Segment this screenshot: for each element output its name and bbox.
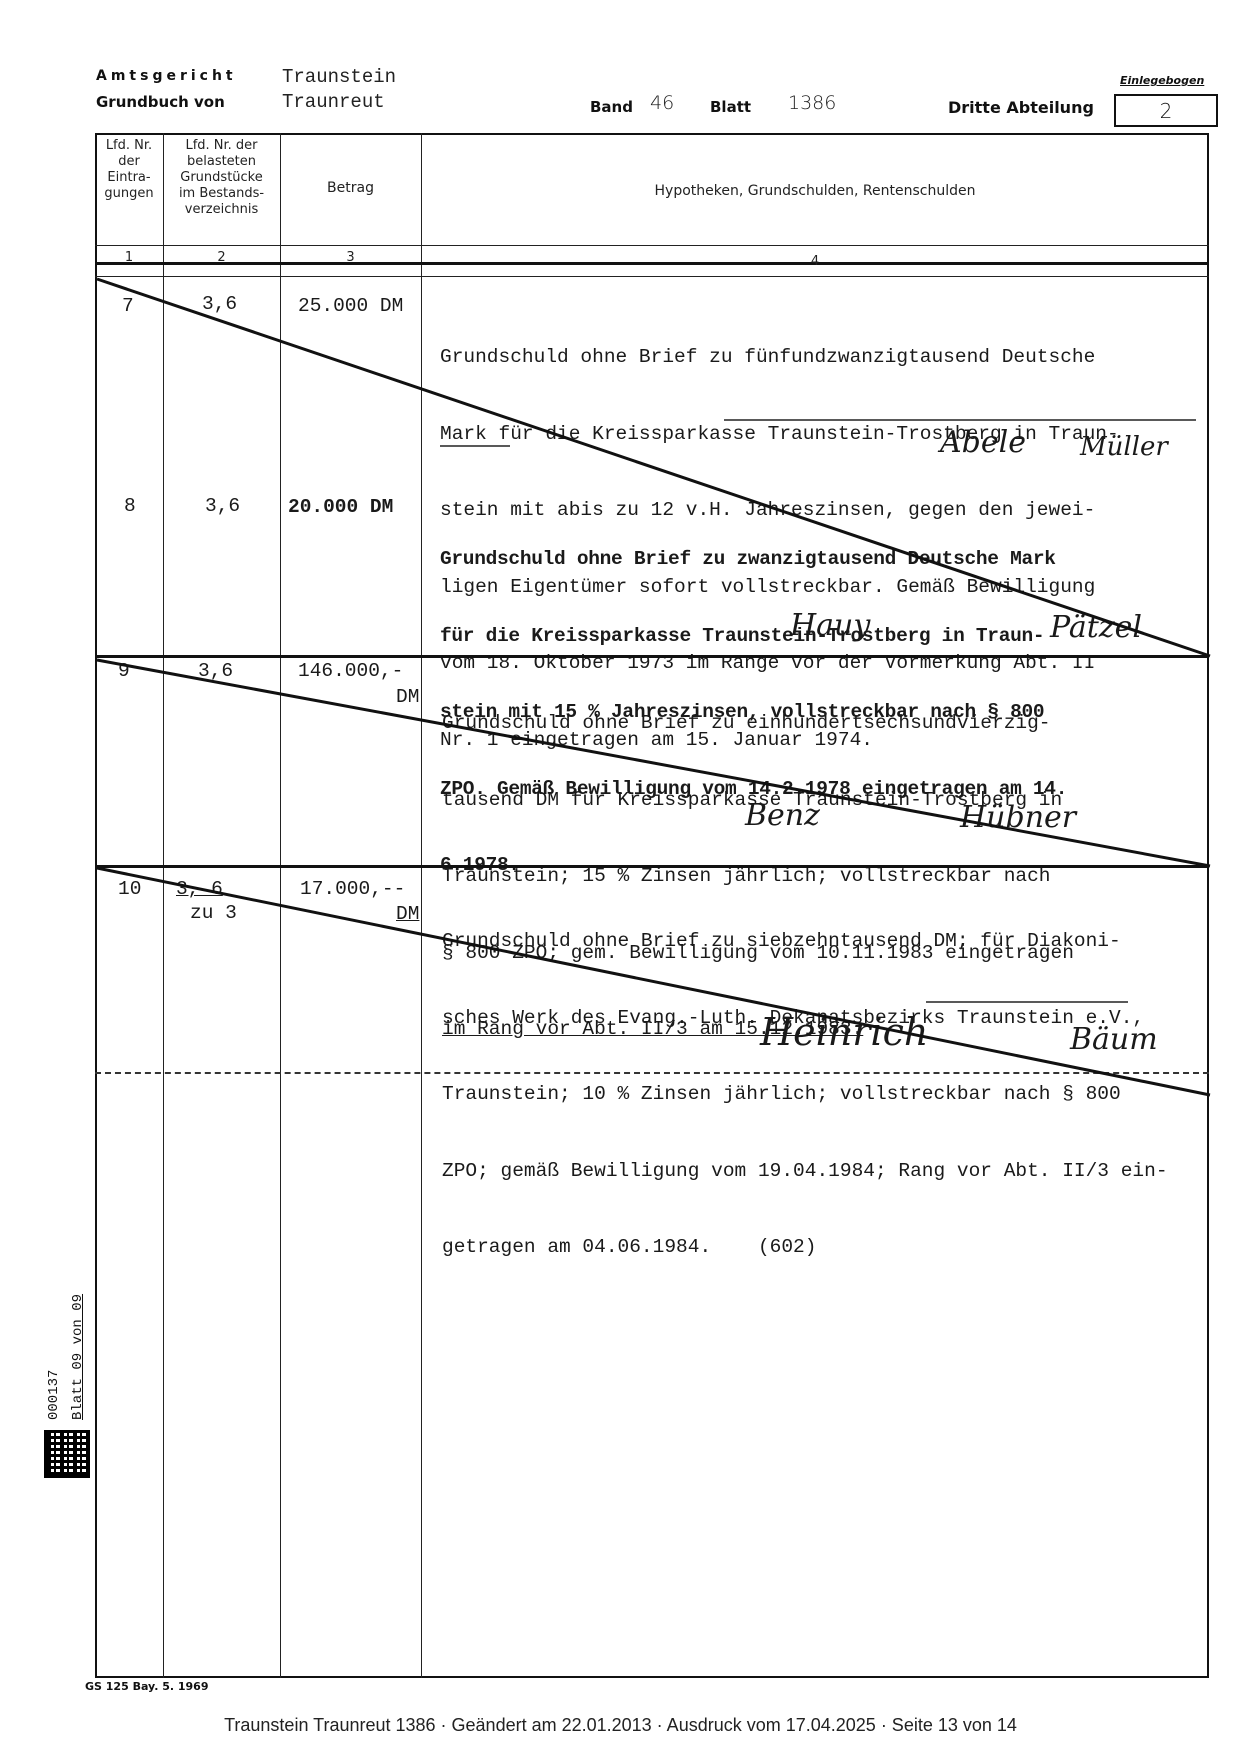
colhead-2: Lfd. Nr. der belasteten Grundstücke im B… <box>163 138 280 218</box>
data-start-divider <box>95 276 1209 277</box>
signature: Heinrich <box>760 1010 928 1054</box>
entry-grundstuecke: 3,6 <box>202 293 237 315</box>
colnum-2: 2 <box>163 250 280 265</box>
grundbuch-value: Traunreut <box>282 91 385 113</box>
col-divider-3 <box>421 133 422 1678</box>
signature: Bäum <box>1070 1022 1158 1057</box>
datamatrix-code-icon <box>44 1430 90 1478</box>
entry-nr: 8 <box>124 495 136 517</box>
entry-betrag-unit: DM <box>396 903 419 925</box>
colnum-4: 4 <box>421 254 1209 269</box>
signature: Müller <box>1080 432 1168 462</box>
signature: Pätzel <box>1050 610 1142 645</box>
einlegebogen-value: 2 <box>1160 99 1173 123</box>
entry-grundstuecke-note: zu 3 <box>190 902 237 924</box>
entry-betrag-unit: DM <box>396 686 419 708</box>
band-value: 46 <box>650 92 674 114</box>
header-divider <box>95 245 1209 246</box>
doc-number: 000137 <box>46 1370 62 1420</box>
entry-nr: 10 <box>118 878 141 900</box>
row-divider <box>95 1072 1209 1074</box>
row-divider <box>95 655 1209 658</box>
signature: Hübner <box>960 800 1076 835</box>
entry-grundstuecke: 3,6 <box>205 495 240 517</box>
blatt-label: Blatt <box>710 98 751 116</box>
colnum-3: 3 <box>280 250 421 265</box>
abteilung-label: Dritte Abteilung <box>948 98 1094 117</box>
sheet-ref: Blatt 09 von 09 <box>70 1294 86 1420</box>
entry-nr: 7 <box>122 295 134 317</box>
court-label: Amtsgericht <box>96 68 237 84</box>
entry-text: Grundschuld ohne Brief zu siebzehntausen… <box>442 878 1212 1312</box>
colnum-1: 1 <box>95 250 163 265</box>
page-footer: Traunstein Traunreut 1386 · Geändert am … <box>0 1715 1241 1736</box>
entry-betrag: 25.000 DM <box>298 295 403 317</box>
form-id: GS 125 Bay. 5. 1969 <box>85 1680 209 1693</box>
row-divider <box>95 865 1209 868</box>
entry-grundstuecke: 3, 6 <box>176 878 223 900</box>
band-label: Band <box>590 98 633 116</box>
col-divider-1 <box>163 133 164 1678</box>
colhead-3: Betrag <box>280 180 421 196</box>
einlegebogen-label: Einlegebogen <box>1120 74 1204 87</box>
grundbuch-label: Grundbuch von <box>96 93 225 111</box>
entry-grundstuecke: 3,6 <box>198 660 233 682</box>
col-divider-2 <box>280 133 281 1678</box>
entry-betrag: 20.000 DM <box>288 496 393 518</box>
court-value: Traunstein <box>282 66 396 88</box>
entry-betrag: 17.000,-- <box>300 878 405 900</box>
entry-nr: 9 <box>118 660 130 682</box>
entry-betrag: 146.000,- <box>298 660 403 682</box>
colhead-1: Lfd. Nr. der Eintra- gungen <box>95 138 163 202</box>
einlegebogen-box: 2 <box>1114 94 1218 127</box>
colhead-4: Hypotheken, Grundschulden, Rentenschulde… <box>421 183 1209 199</box>
signature: Hauy <box>790 608 870 643</box>
signature: Abele <box>940 425 1026 460</box>
blatt-value: 1386 <box>788 92 836 114</box>
signature: Benz <box>745 798 820 833</box>
